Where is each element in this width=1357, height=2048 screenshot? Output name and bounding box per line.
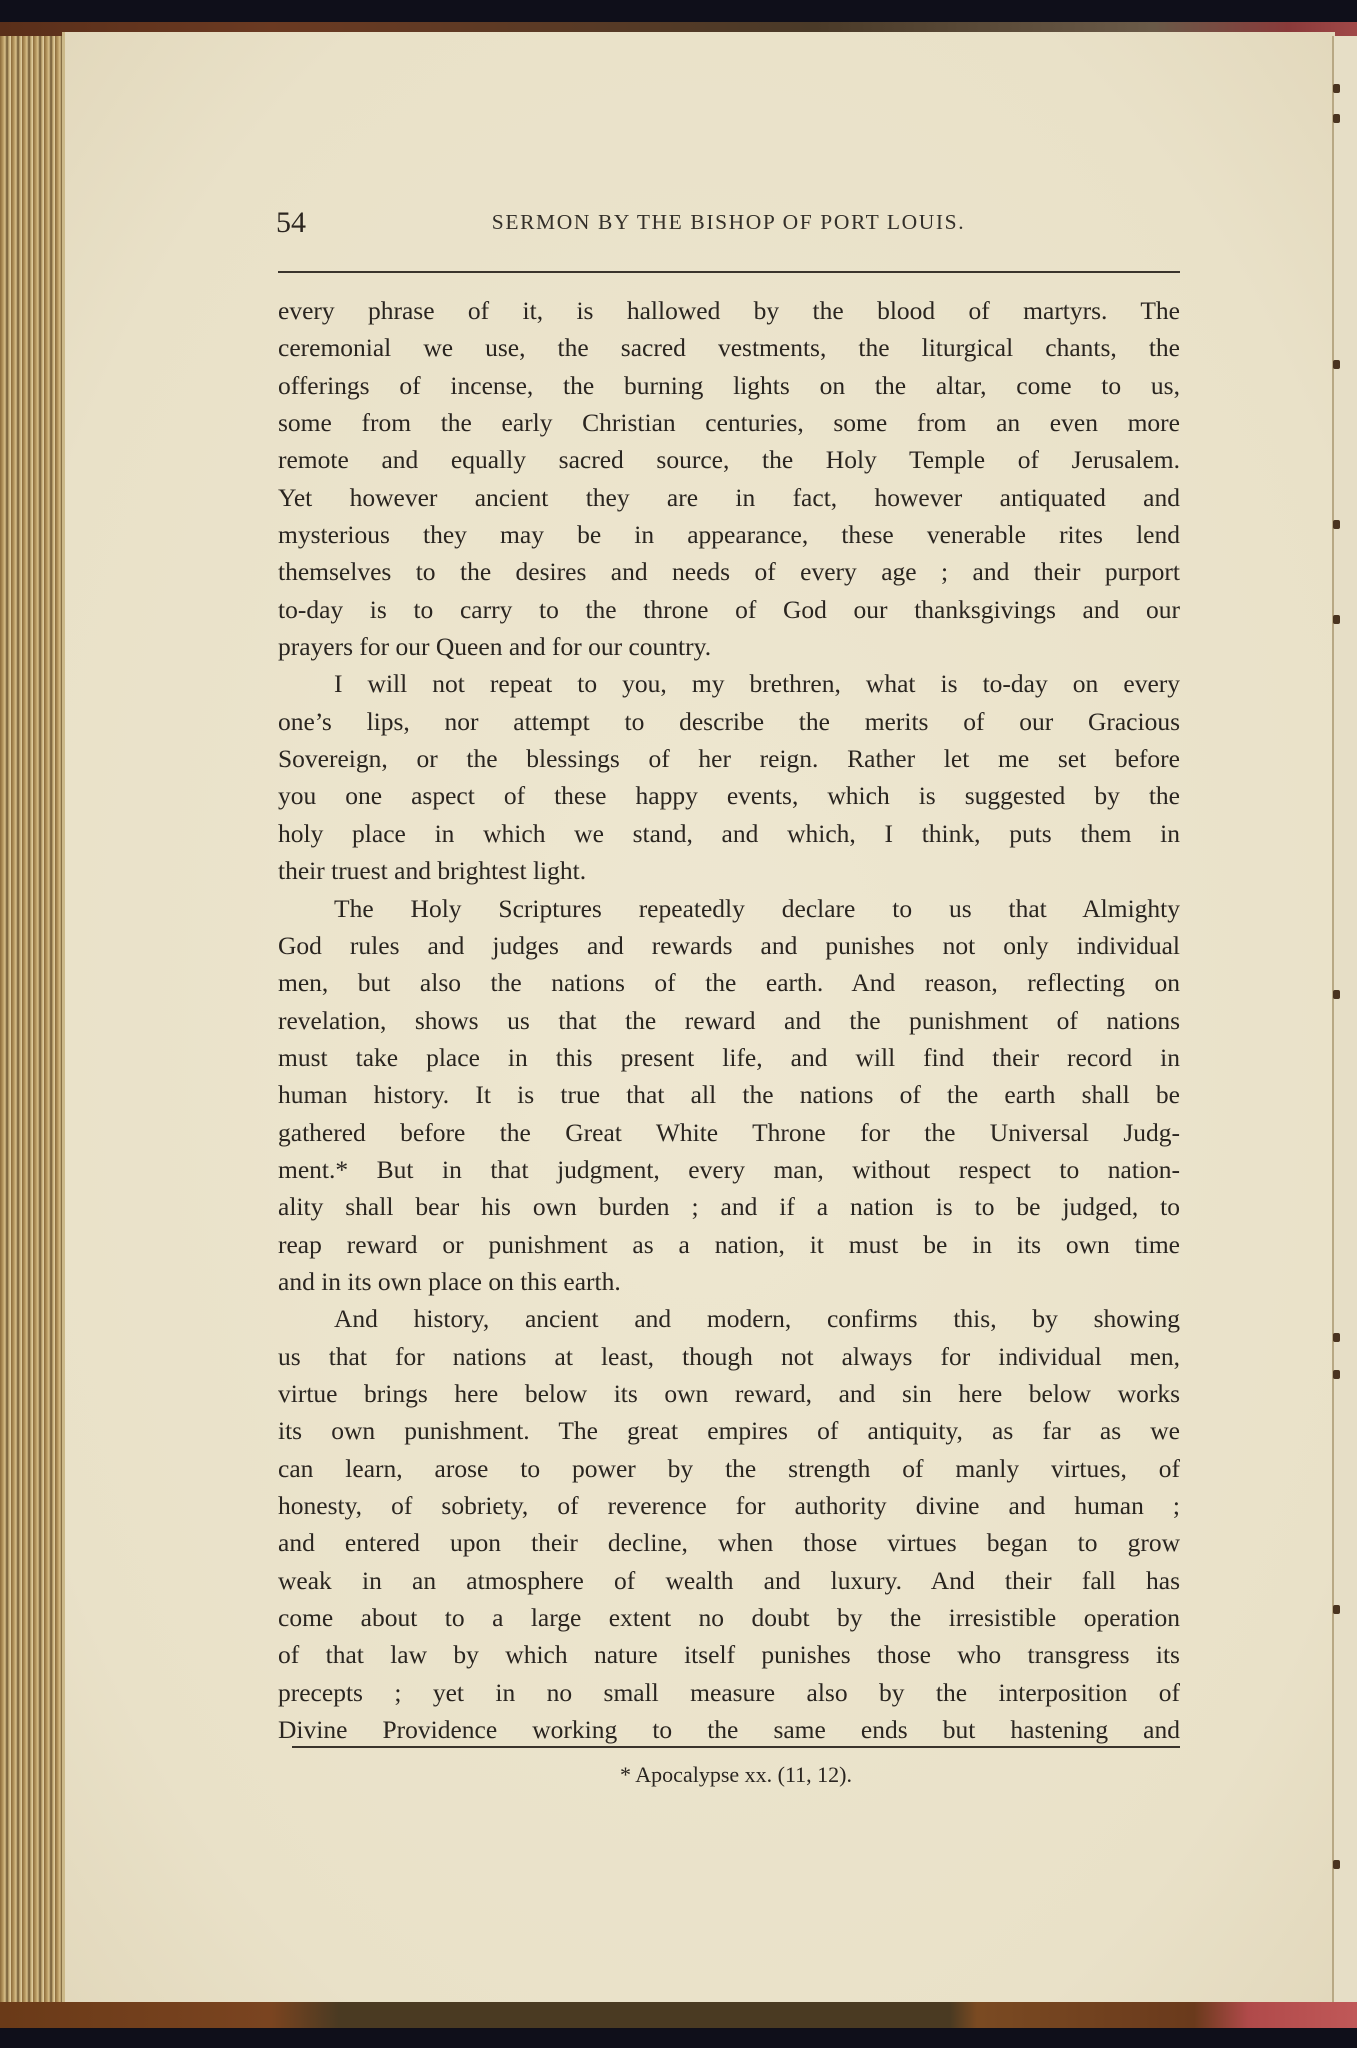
- text-line: reap reward or punishment as a nation, i…: [278, 1226, 1180, 1263]
- text-line: honesty, of sobriety, of reverence for a…: [278, 1487, 1180, 1524]
- binding-stitch: [1333, 1860, 1340, 1869]
- text-line: and entered upon their decline, when tho…: [278, 1524, 1180, 1561]
- text-line: gathered before the Great White Throne f…: [278, 1114, 1180, 1151]
- text-line: and in its own place on this earth.: [278, 1263, 1180, 1300]
- binding-stitch: [1333, 360, 1340, 369]
- text-line: human history. It is true that all the n…: [278, 1076, 1180, 1113]
- binding-stitch: [1333, 1605, 1340, 1614]
- binding-stitch: [1333, 1333, 1340, 1342]
- text-line: their truest and brightest light.: [278, 852, 1180, 889]
- body-text: every phrase of it, is hallowed by the b…: [278, 292, 1180, 1748]
- text-line: Sovereign, or the blessings of her reign…: [278, 740, 1180, 777]
- text-line: weak in an atmosphere of wealth and luxu…: [278, 1562, 1180, 1599]
- text-line: can learn, arose to power by the strengt…: [278, 1450, 1180, 1487]
- header-rule: [278, 271, 1180, 273]
- text-line: ceremonial we use, the sacred vestments,…: [278, 329, 1180, 366]
- text-line: themselves to the desires and needs of e…: [278, 553, 1180, 590]
- text-line: virtue brings here below its own reward,…: [278, 1375, 1180, 1412]
- text-line: ment.* But in that judgment, every man, …: [278, 1151, 1180, 1188]
- binding-stitch: [1333, 114, 1340, 123]
- text-line: of that law by which nature itself punis…: [278, 1636, 1180, 1673]
- text-line: its own punishment. The great empires of…: [278, 1412, 1180, 1449]
- text-line: men, but also the nations of the earth. …: [278, 964, 1180, 1001]
- binding-stitch: [1333, 520, 1340, 529]
- page-edges-stack: [0, 36, 66, 2006]
- text-line: prayers for our Queen and for our countr…: [278, 628, 1180, 665]
- text-line: some from the early Christian centuries,…: [278, 404, 1180, 441]
- text-line: you one aspect of these happy events, wh…: [278, 777, 1180, 814]
- binding-stitch: [1333, 615, 1340, 624]
- text-line: The Holy Scriptures repeatedly declare t…: [278, 890, 1180, 927]
- text-line: Divine Providence working to the same en…: [278, 1711, 1180, 1748]
- binding-stitch: [1333, 990, 1340, 999]
- footnote-rule: [292, 1746, 1180, 1748]
- text-line: us that for nations at least, though not…: [278, 1338, 1180, 1375]
- text-line: must take place in this present life, an…: [278, 1039, 1180, 1076]
- book-bottom-edge: [0, 2002, 1357, 2028]
- text-line: ality shall bear his own burden ; and if…: [278, 1188, 1180, 1225]
- text-line: And history, ancient and modern, confirm…: [278, 1300, 1180, 1337]
- text-line: every phrase of it, is hallowed by the b…: [278, 292, 1180, 329]
- binding-stitch: [1333, 1370, 1340, 1379]
- running-title: SERMON BY THE BISHOP OF PORT LOUIS.: [276, 210, 1181, 235]
- text-line: to-day is to carry to the throne of God …: [278, 591, 1180, 628]
- text-line: holy place in which we stand, and which,…: [278, 815, 1180, 852]
- facing-page-edge: [1334, 36, 1357, 2002]
- binding-stitch: [1333, 84, 1340, 93]
- text-line: remote and equally sacred source, the Ho…: [278, 441, 1180, 478]
- footnote: * Apocalypse xx. (11, 12).: [292, 1762, 1180, 1788]
- running-header: 54 SERMON BY THE BISHOP OF PORT LOUIS.: [276, 204, 1181, 244]
- text-line: offerings of incense, the burning lights…: [278, 367, 1180, 404]
- text-line: I will not repeat to you, my brethren, w…: [278, 665, 1180, 702]
- text-line: come about to a large extent no doubt by…: [278, 1599, 1180, 1636]
- text-line: mysterious they may be in appearance, th…: [278, 516, 1180, 553]
- text-line: one’s lips, nor attempt to describe the …: [278, 703, 1180, 740]
- text-line: precepts ; yet in no small measure also …: [278, 1674, 1180, 1711]
- text-line: God rules and judges and rewards and pun…: [278, 927, 1180, 964]
- text-line: revelation, shows us that the reward and…: [278, 1002, 1180, 1039]
- text-line: Yet however ancient they are in fact, ho…: [278, 479, 1180, 516]
